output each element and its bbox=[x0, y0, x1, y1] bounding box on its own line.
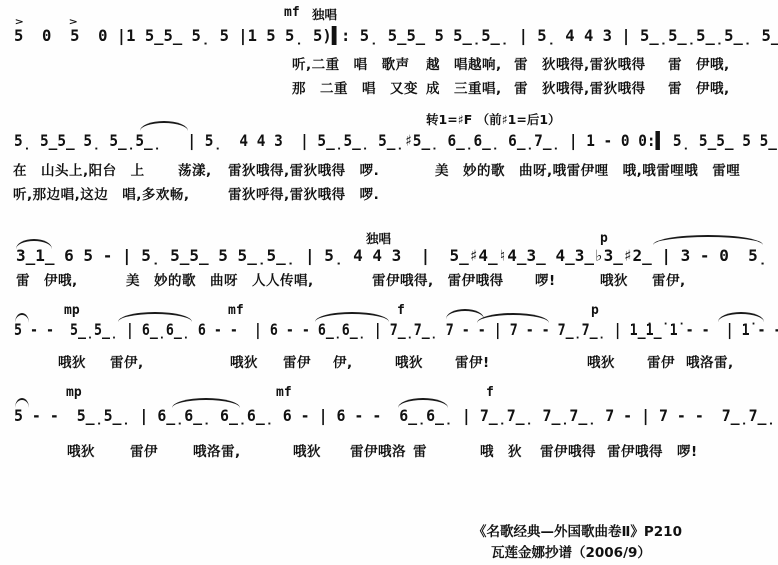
lyric-segment: 雷 伊哦, bbox=[16, 273, 78, 289]
lyric-segment: 哦狄 bbox=[395, 355, 423, 371]
lyric-segment: 雷伊 bbox=[283, 355, 311, 371]
dynamic-marking: mf bbox=[228, 303, 244, 318]
lyric-segment: 雷 狄哦得,雷狄哦得 bbox=[514, 81, 646, 97]
sheet-music-page: mf 独唱 > > 5 0 5 0 |1 5̲5̲ 5̣ 5 |1 5 5̣ 5… bbox=[0, 0, 778, 565]
solo-label: 独唱 bbox=[312, 5, 337, 23]
lyric-segment: 啰! bbox=[677, 444, 698, 460]
lyric-segment: 雷伊哦洛 bbox=[350, 444, 406, 460]
lyric-segment: 哦狄 bbox=[587, 355, 615, 371]
lyric-segment: 啰! bbox=[535, 273, 556, 289]
lyric-segment: 哦洛雷, bbox=[193, 444, 241, 460]
notation-line: 3̲1̲ 6 5 - | 5̣ 5̲5̲ 5 5̲̣5̲̣ | 5̣ 4 4 3… bbox=[16, 246, 778, 266]
solo-label: 独唱 bbox=[366, 229, 391, 247]
lyric-segment: 荡漾, bbox=[178, 163, 212, 179]
lyric-segment: 伊, bbox=[333, 355, 353, 371]
lyric-segment: 雷伊哦得 bbox=[607, 444, 663, 460]
dynamic-marking: f bbox=[486, 385, 494, 400]
lyric-segment: 美 妙的歌 曲呀,哦雷伊哩 哦,哦雷哩哦 雷哩 bbox=[435, 163, 740, 179]
lyric-segment: 雷 伊哦, bbox=[668, 81, 730, 97]
lyric-segment: 哦 狄 bbox=[480, 444, 522, 460]
lyric-segment: 雷 bbox=[413, 444, 427, 460]
lyric-segment: 在 山头上,阳台 上 bbox=[13, 163, 145, 179]
lyric-segment: 哦狄 bbox=[293, 444, 321, 460]
lyric-segment: 美 妙的歌 曲呀 人人传唱, bbox=[126, 273, 314, 289]
dynamic-marking: mp bbox=[64, 303, 80, 318]
notation-line: 5 - - 5̲̣5̲̣ | 6̲̣6̲̣ 6 - - | 6 - - 6̲̣6… bbox=[14, 320, 778, 340]
notation-line: 5 - - 5̲̣5̲̣ | 6̲̣6̲̣ 6̲̣6̲̣ 6 - | 6 - -… bbox=[14, 406, 778, 426]
slur-arc bbox=[140, 121, 188, 131]
notation-line: 5 0 5 0 |1 5̲5̲ 5̣ 5 |1 5 5̣ 5)▌: 5̣ 5̲5… bbox=[14, 26, 778, 46]
lyric-segment: 听,那边唱,这边 唱,多欢畅, bbox=[13, 187, 190, 203]
notation-line: 5̣ 5̲5̲ 5̣ 5̲̣5̲̣ | 5̣ 4 4 3 | 5̲̣5̲̣ 5̲… bbox=[14, 131, 778, 151]
dynamic-marking: mp bbox=[66, 385, 82, 400]
lyric-segment: 雷 伊哦, bbox=[668, 57, 730, 73]
lyric-segment: 雷伊哦得, 雷伊哦得 bbox=[372, 273, 504, 289]
dynamic-marking: f bbox=[397, 303, 405, 318]
lyric-segment: 雷狄哦得,雷狄哦得 啰. bbox=[228, 163, 379, 179]
lyric-segment: 哦洛雷, bbox=[686, 355, 734, 371]
lyric-segment: 那 二重 唱 又变 bbox=[292, 81, 418, 97]
lyric-segment: 雷伊哦得 bbox=[540, 444, 596, 460]
dynamic-marking: mf bbox=[276, 385, 292, 400]
dynamic-marking: p bbox=[591, 303, 599, 318]
dynamic-marking: mf bbox=[284, 5, 300, 20]
lyric-segment: 哦狄 bbox=[67, 444, 95, 460]
lyric-segment: 哦狄 bbox=[600, 273, 628, 289]
lyric-segment: 雷伊 bbox=[130, 444, 158, 460]
lyric-segment: 雷伊 bbox=[647, 355, 675, 371]
lyric-segment: 雷伊! bbox=[455, 355, 490, 371]
lyric-segment: 雷 狄哦得,雷狄哦得 bbox=[514, 57, 646, 73]
lyric-segment: 雷伊, bbox=[652, 273, 686, 289]
slur-arc bbox=[653, 235, 763, 245]
lyric-segment: 成 三重唱, bbox=[426, 81, 502, 97]
dynamic-marking: p bbox=[600, 231, 608, 246]
lyric-segment: 哦狄 bbox=[58, 355, 86, 371]
lyric-segment: 越 唱越响, bbox=[426, 57, 502, 73]
transcriber-credit: 瓦莲金娜抄谱（2006/9） bbox=[491, 541, 651, 561]
lyric-segment: 哦狄 bbox=[230, 355, 258, 371]
lyric-segment: 听,二重 唱 歌声 bbox=[292, 57, 410, 73]
slur-arc bbox=[446, 309, 484, 319]
modulation-label: 转1=♯F （前♯1=后1） bbox=[426, 110, 561, 128]
lyric-segment: 雷狄呼得,雷狄哦得 啰. bbox=[228, 187, 379, 203]
source-credit: 《名歌经典—外国歌曲卷Ⅱ》P210 bbox=[473, 520, 682, 540]
lyric-segment: 雷伊, bbox=[110, 355, 144, 371]
